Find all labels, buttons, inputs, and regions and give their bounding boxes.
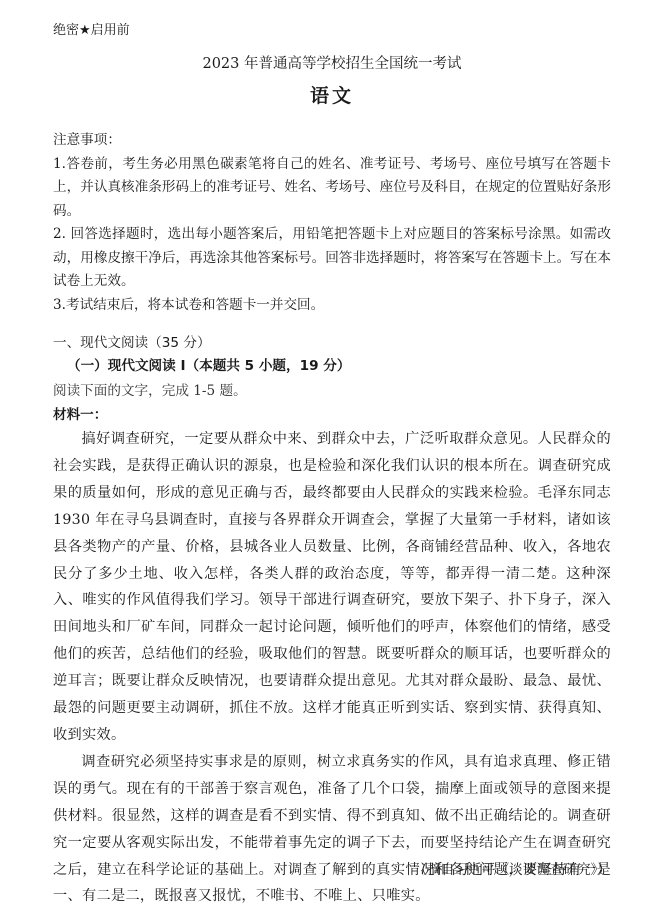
subsection-heading: （一）现代文阅读 I（本题共 5 小题，19 分） — [67, 354, 625, 374]
note-item-1: 1.答卷前，考生务必用黑色碳素笔将自己的姓名、准考证号、考场号、座位号填写在答题… — [53, 153, 611, 224]
material-source: （摘自习近平《谈谈调查研究》） — [414, 858, 611, 878]
material-paragraph-2: 调查研究必须坚持实事求是的原则，树立求真务实的作风，具有追求真理、修正错误的勇气… — [53, 749, 611, 908]
section-heading: 一、现代文阅读（35 分） — [53, 331, 611, 351]
exam-notes: 注意事项： 1.答卷前，考生务必用黑色碳素笔将自己的姓名、准考证号、考场号、座位… — [53, 129, 611, 317]
material-paragraph-1: 搞好调查研究，一定要从群众中来、到群众中去，广泛听取群众意见。人民群众的社会实践… — [53, 426, 611, 749]
material-label: 材料一： — [53, 403, 611, 423]
notes-heading: 注意事项： — [53, 129, 611, 153]
note-item-2: 2. 回答选择题时，选出每小题答案后，用铅笔把答题卡上对应题目的答案标号涂黑。如… — [53, 223, 611, 294]
note-item-3: 3.考试结束后，将本试卷和答题卡一并交回。 — [53, 294, 611, 318]
reading-instruction: 阅读下面的文字，完成 1-5 题。 — [53, 379, 611, 399]
subject-title: 语文 — [53, 81, 611, 108]
material-text: 搞好调查研究，一定要从群众中来、到群众中去，广泛听取群众意见。人民群众的社会实践… — [53, 426, 611, 908]
confidential-mark: 绝密★启用前 — [53, 19, 130, 38]
exam-title: 2023 年普通高等学校招生全国统一考试 — [53, 52, 611, 73]
